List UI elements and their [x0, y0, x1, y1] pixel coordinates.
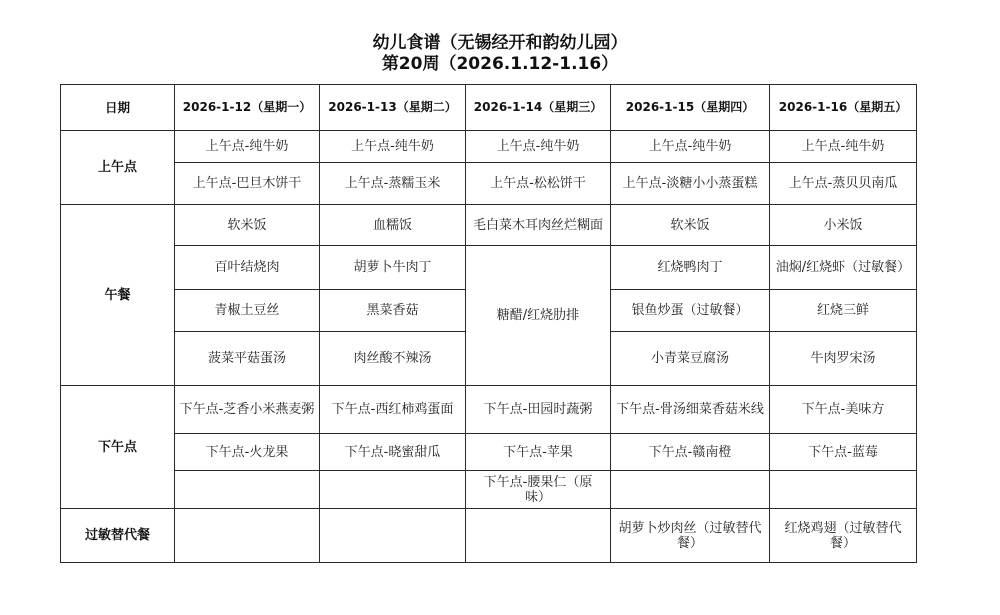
- header-day-mon: 2026-1-12（星期一）: [175, 85, 320, 131]
- allergy-row: 过敏替代餐 胡萝卜炒肉丝（过敏替代餐） 红烧鸡翅（过敏替代餐）: [61, 509, 917, 563]
- menu-cell: 下午点-赣南橙: [611, 434, 770, 471]
- menu-cell: [175, 471, 320, 509]
- menu-cell: 上午点-纯牛奶: [320, 131, 466, 163]
- menu-cell: 胡萝卜炒肉丝（过敏替代餐）: [611, 509, 770, 563]
- menu-cell: 红烧鸡翅（过敏替代餐）: [770, 509, 917, 563]
- header-date-label: 日期: [61, 85, 175, 131]
- row-label-lunch: 午餐: [61, 205, 175, 386]
- afternoon-snack-row-1: 下午点 下午点-芝香小米燕麦粥 下午点-西红柿鸡蛋面 下午点-田园时蔬粥 下午点…: [61, 386, 917, 434]
- menu-cell: 黑菜香菇: [320, 290, 466, 332]
- menu-cell: 小青菜豆腐汤: [611, 332, 770, 386]
- row-label-afternoon-snack: 下午点: [61, 386, 175, 509]
- menu-cell: [320, 471, 466, 509]
- menu-cell: 下午点-火龙果: [175, 434, 320, 471]
- afternoon-snack-row-2: 下午点-火龙果 下午点-晓蜜甜瓜 下午点-苹果 下午点-赣南橙 下午点-蓝莓: [61, 434, 917, 471]
- menu-cell: 下午点-腰果仁（原味）: [466, 471, 611, 509]
- header-day-wed: 2026-1-14（星期三）: [466, 85, 611, 131]
- menu-cell: [175, 509, 320, 563]
- menu-cell: 胡萝卜牛肉丁: [320, 246, 466, 290]
- header-day-thu: 2026-1-15（星期四）: [611, 85, 770, 131]
- morning-snack-row-1: 上午点 上午点-纯牛奶 上午点-纯牛奶 上午点-纯牛奶 上午点-纯牛奶 上午点-…: [61, 131, 917, 163]
- menu-cell: 血糯饭: [320, 205, 466, 246]
- menu-cell: 银鱼炒蛋（过敏餐）: [611, 290, 770, 332]
- title-week: 第20周（2026.1.12-1.16）: [0, 54, 1000, 75]
- menu-cell: [611, 471, 770, 509]
- lunch-row-2: 百叶结烧肉 胡萝卜牛肉丁 糖醋/红烧肋排 红烧鸭肉丁 油焖/红烧虾（过敏餐）: [61, 246, 917, 290]
- row-label-allergy: 过敏替代餐: [61, 509, 175, 563]
- menu-cell: 下午点-苹果: [466, 434, 611, 471]
- menu-cell: 上午点-纯牛奶: [466, 131, 611, 163]
- menu-cell: 红烧鸭肉丁: [611, 246, 770, 290]
- header-row: 日期 2026-1-12（星期一） 2026-1-13（星期二） 2026-1-…: [61, 85, 917, 131]
- menu-cell: 油焖/红烧虾（过敏餐）: [770, 246, 917, 290]
- menu-cell: 毛白菜木耳肉丝烂糊面: [466, 205, 611, 246]
- menu-cell: 上午点-蒸糯玉米: [320, 163, 466, 205]
- header-day-fri: 2026-1-16（星期五）: [770, 85, 917, 131]
- menu-cell: 上午点-纯牛奶: [611, 131, 770, 163]
- menu-title: 幼儿食谱（无锡经开和韵幼儿园） 第20周（2026.1.12-1.16）: [0, 33, 1000, 75]
- menu-cell: 软米饭: [175, 205, 320, 246]
- menu-cell: 上午点-巴旦木饼干: [175, 163, 320, 205]
- menu-cell: 下午点-西红柿鸡蛋面: [320, 386, 466, 434]
- menu-cell: 软米饭: [611, 205, 770, 246]
- menu-cell: 红烧三鲜: [770, 290, 917, 332]
- menu-cell: 上午点-纯牛奶: [770, 131, 917, 163]
- morning-snack-row-2: 上午点-巴旦木饼干 上午点-蒸糯玉米 上午点-松松饼干 上午点-淡糖小小蒸蛋糕 …: [61, 163, 917, 205]
- menu-cell: [770, 471, 917, 509]
- menu-cell: 上午点-淡糖小小蒸蛋糕: [611, 163, 770, 205]
- header-day-tue: 2026-1-13（星期二）: [320, 85, 466, 131]
- menu-cell: 牛肉罗宋汤: [770, 332, 917, 386]
- menu-cell: [466, 509, 611, 563]
- menu-cell: 肉丝酸不辣汤: [320, 332, 466, 386]
- menu-cell: 上午点-蒸贝贝南瓜: [770, 163, 917, 205]
- afternoon-snack-row-3: 下午点-腰果仁（原味）: [61, 471, 917, 509]
- menu-cell: 下午点-芝香小米燕麦粥: [175, 386, 320, 434]
- weekly-menu-table: 日期 2026-1-12（星期一） 2026-1-13（星期二） 2026-1-…: [60, 84, 917, 563]
- row-label-morning-snack: 上午点: [61, 131, 175, 205]
- title-school: 幼儿食谱（无锡经开和韵幼儿园）: [0, 33, 1000, 54]
- menu-cell: 上午点-松松饼干: [466, 163, 611, 205]
- menu-cell: 下午点-美味方: [770, 386, 917, 434]
- menu-cell: 小米饭: [770, 205, 917, 246]
- menu-cell: 下午点-晓蜜甜瓜: [320, 434, 466, 471]
- menu-cell: 下午点-蓝莓: [770, 434, 917, 471]
- menu-cell: 下午点-骨汤细菜香菇米线: [611, 386, 770, 434]
- menu-cell-merged: 糖醋/红烧肋排: [466, 246, 611, 386]
- menu-cell: 菠菜平菇蛋汤: [175, 332, 320, 386]
- menu-cell: 下午点-田园时蔬粥: [466, 386, 611, 434]
- menu-cell: 上午点-纯牛奶: [175, 131, 320, 163]
- menu-cell: 青椒土豆丝: [175, 290, 320, 332]
- menu-cell: 百叶结烧肉: [175, 246, 320, 290]
- lunch-row-1: 午餐 软米饭 血糯饭 毛白菜木耳肉丝烂糊面 软米饭 小米饭: [61, 205, 917, 246]
- menu-cell: [320, 509, 466, 563]
